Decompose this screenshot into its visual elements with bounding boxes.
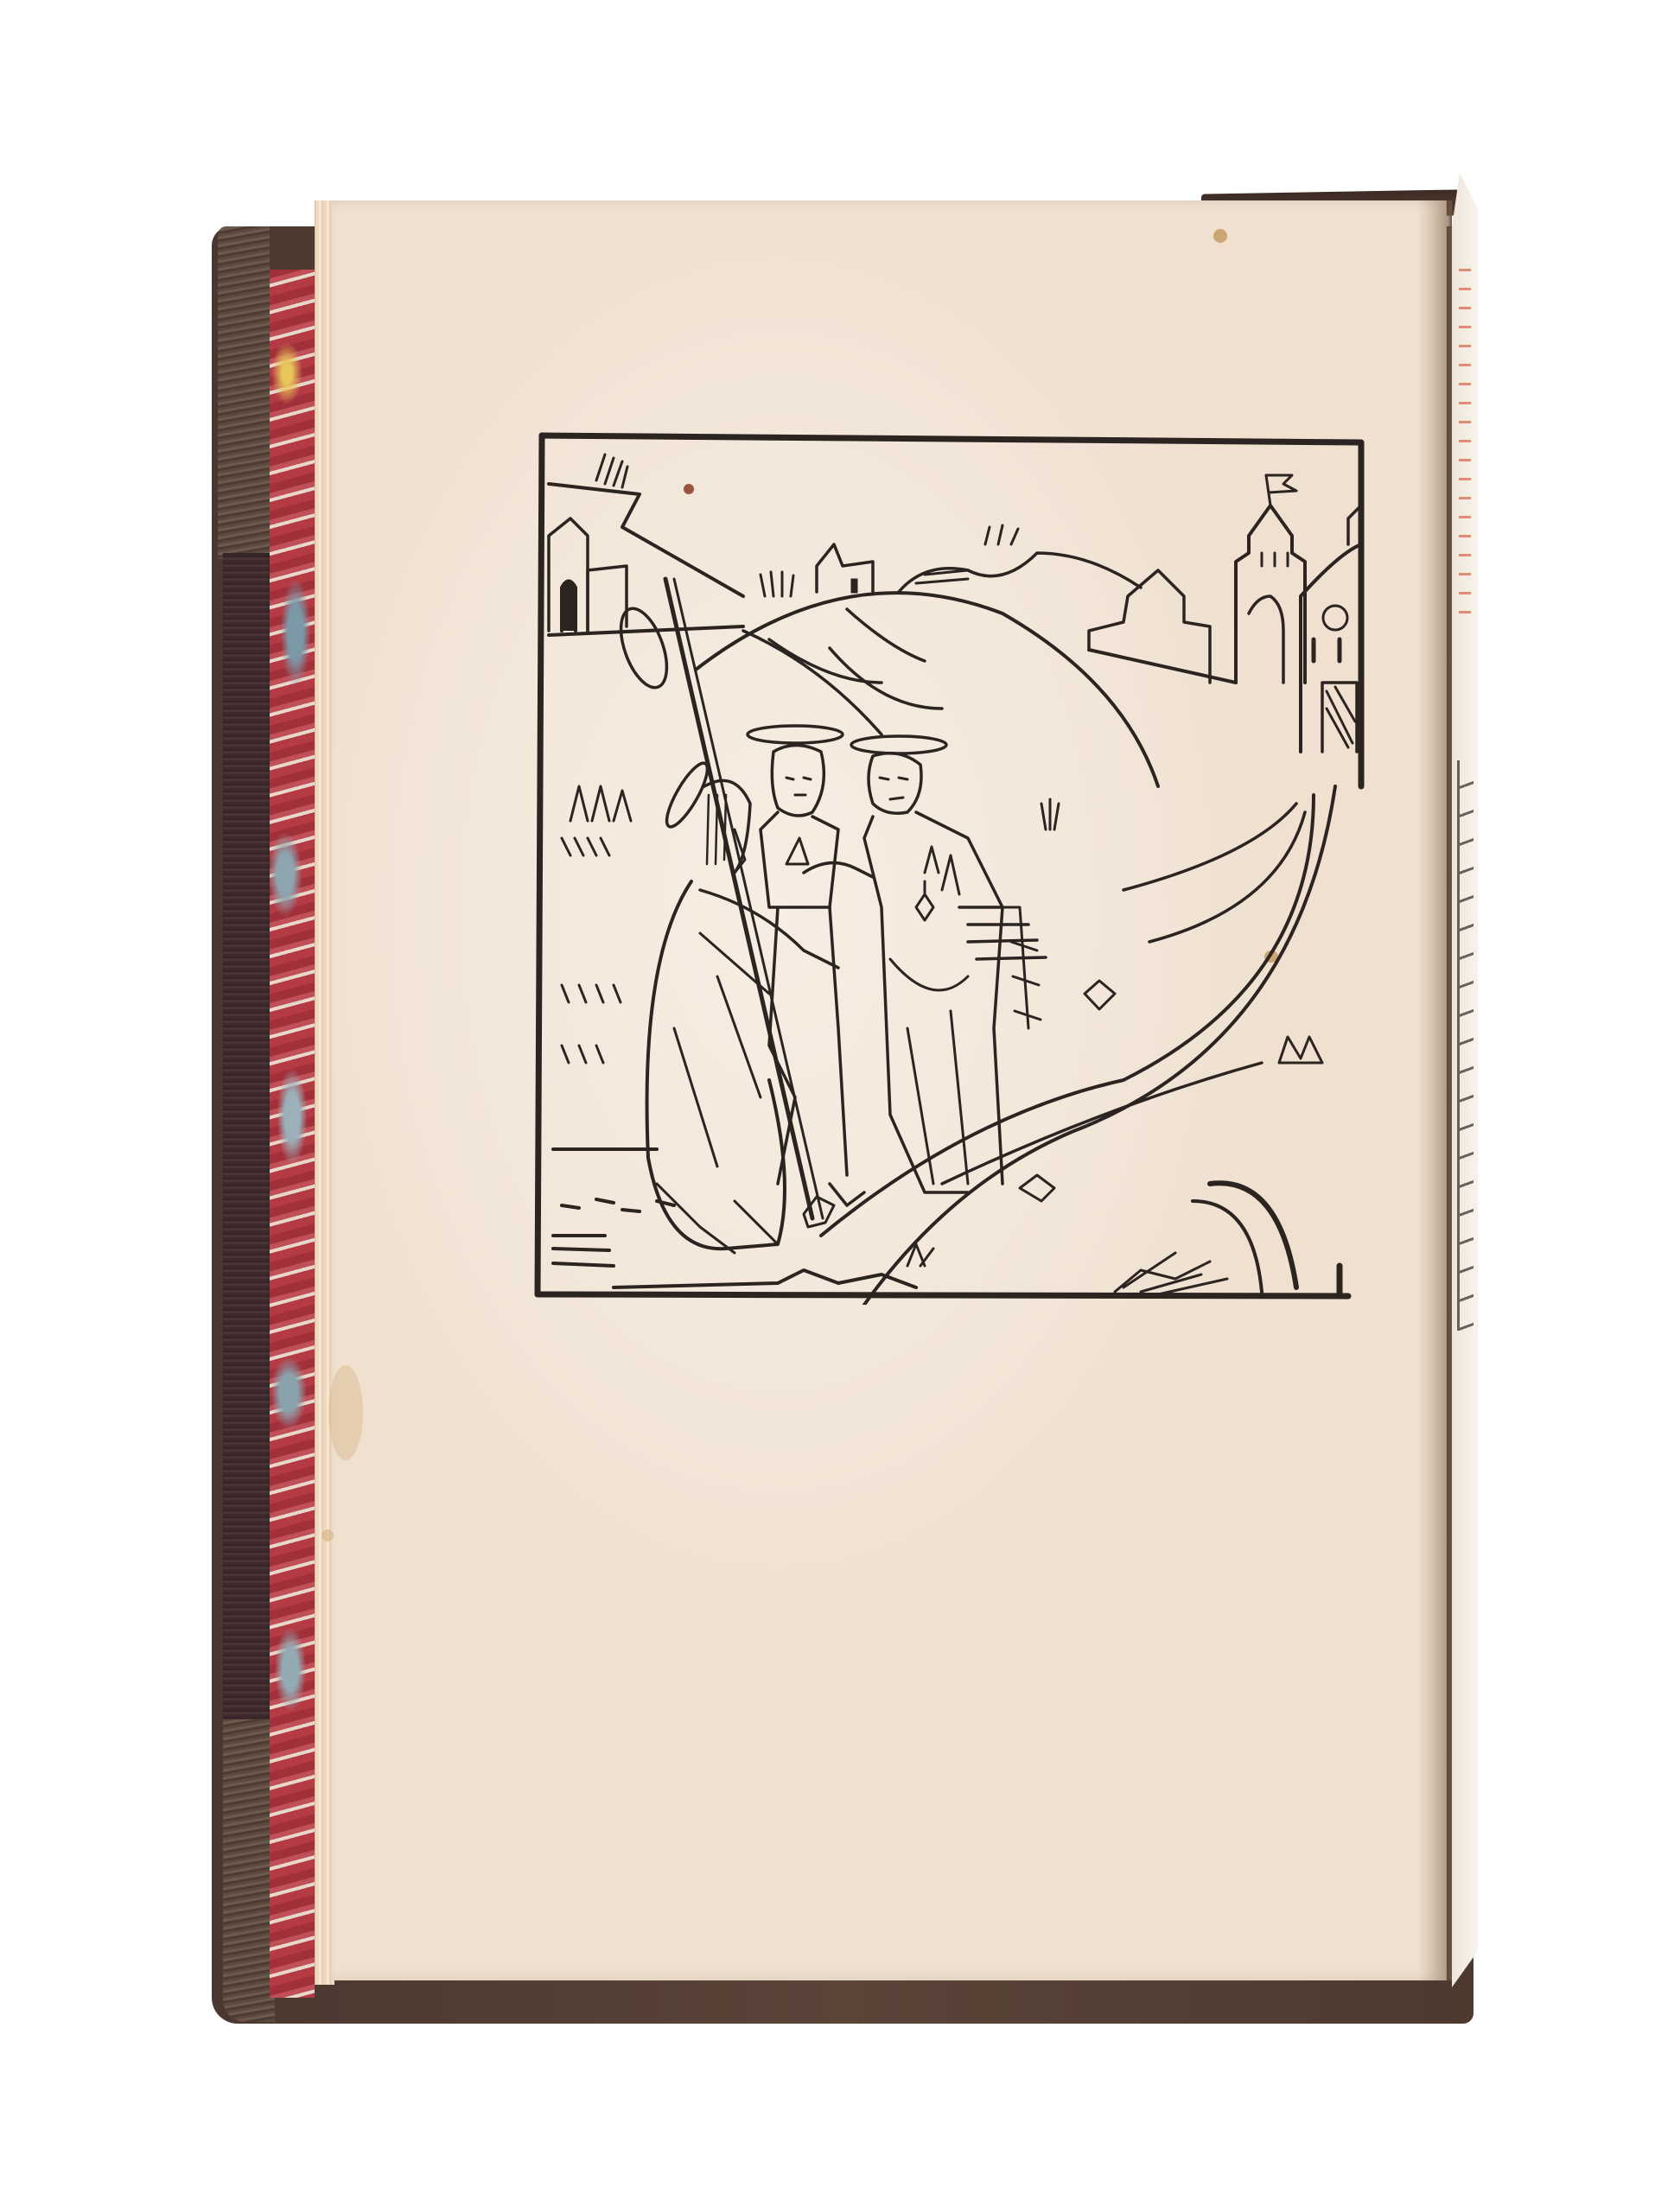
stain-dot	[1213, 229, 1227, 243]
foxing-mark	[328, 1365, 363, 1460]
foxing-mark	[321, 1529, 334, 1541]
spine-leather-bottom	[223, 1719, 275, 2022]
spine-leather-top	[218, 226, 270, 559]
facing-page-rubric-text	[1459, 259, 1471, 622]
gutter-shadow	[1417, 200, 1452, 1980]
book-photograph	[0, 0, 1674, 2212]
spine-cloth-band	[223, 553, 275, 1724]
marbled-endpaper	[270, 270, 315, 1998]
woodcut-illustration	[519, 423, 1365, 1305]
facing-page-woodcut-edge	[1457, 760, 1474, 1331]
